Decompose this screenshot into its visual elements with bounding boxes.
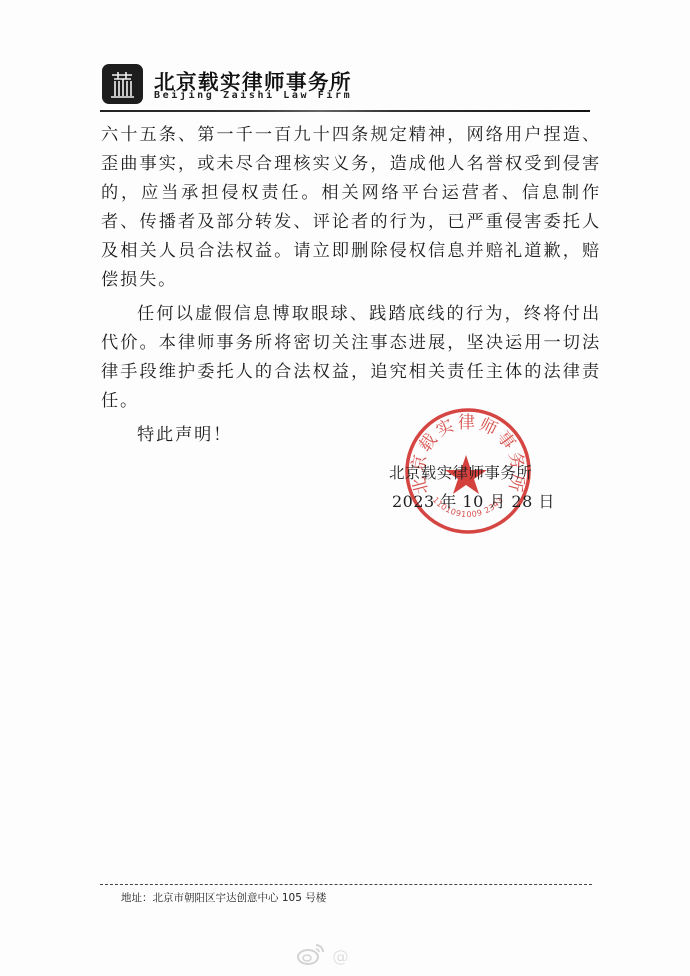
weibo-icon: [296, 942, 326, 966]
document-page: 北京载实律师事务所 Beijing Zaishi Law Firm 六十五条、第…: [0, 0, 690, 976]
footer-divider: [100, 884, 592, 885]
firm-name-en: Beijing Zaishi Law Firm: [154, 90, 352, 101]
paragraph-1: 六十五条、第一千一百九十四条规定精神，网络用户捏造、歪曲事实，或未尽合理核实义务…: [101, 121, 601, 295]
watermark: @星视频: [296, 940, 400, 968]
pillars-logo-icon: [102, 64, 143, 104]
signer-name: 北京载实律师事务所: [389, 461, 532, 483]
paragraph-2: 任何以虚假信息博取眼球、践踏底线的行为，终将付出代价。本律师事务所将密切关注事态…: [101, 300, 601, 416]
watermark-text: @星视频: [332, 942, 400, 967]
statement-body: 六十五条、第一千一百九十四条规定精神，网络用户捏造、歪曲事实，或未尽合理核实义务…: [101, 121, 601, 450]
signature-date: 2023 年 10 月 28 日: [392, 489, 555, 512]
header-divider: [100, 110, 590, 112]
firm-address: 地址：北京市朝阳区宇达创意中心 105 号楼: [121, 890, 326, 905]
